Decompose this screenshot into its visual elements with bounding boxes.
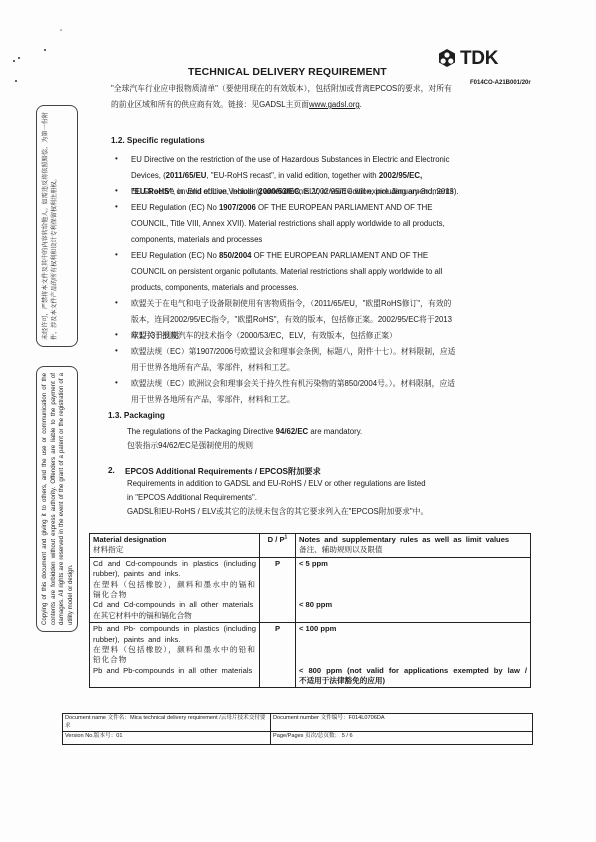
regulation-text: 欧盟关于在电气和电子设备限制使用有害物质指令，（2011/65/EU，"欧盟Ro…	[131, 296, 451, 312]
scan-speck	[60, 29, 62, 31]
tdk-logo: TDK	[436, 48, 498, 68]
intro-text: 的前业区域和所有的供应商有效。链接：见GADSL主页面	[111, 100, 309, 109]
section-number-2: 2.	[108, 466, 115, 475]
regulation-text: 用于世界各地所有产品，零部件，材料和工艺。	[131, 360, 295, 376]
regulation-text: EEU Regulation (EC) No 1907/2006 OF THE …	[131, 200, 432, 216]
document-number: Document number 文件编号：F014L0706DA	[271, 714, 533, 732]
material-desc-en: Pb and Pb- compounds in plastics (includ…	[93, 624, 256, 645]
section-heading-1-3: 1.3. Packaging	[108, 411, 165, 420]
bullet-icon: •	[115, 202, 118, 211]
header-notes-zh: 备注、辅助规则以及限值	[299, 545, 527, 555]
header-material-zh: 材料指定	[93, 545, 256, 555]
material-restrictions-table: Material designation 材料指定 D / P1 Notes a…	[89, 533, 531, 688]
section-2-line-3: GADSL和EU-RoHS / ELV或其它的法规未包含的其它要求列入在"EPC…	[127, 504, 428, 520]
footnote-marker: 1	[285, 534, 288, 540]
material-desc-zh: 在塑料（包括橡胶），颜料和墨水中的铅和铅化合物	[93, 645, 256, 666]
regulation-text: COUNCIL, Title VIII, Annex XVII). Materi…	[131, 216, 445, 232]
regulation-text: 欧盟法规（EC）第1907/2006号欧盟议会和理事会条例，标题八，附件十七）。…	[131, 344, 455, 360]
cell-material: Pb and Pb- compounds in plastics (includ…	[90, 623, 260, 688]
gadsl-link[interactable]: www.gadsl.org	[309, 100, 360, 109]
table-row: Cd and Cd-compounds in plastics (includi…	[90, 557, 531, 622]
side-note-en-box: Copying of this document and giving it t…	[36, 366, 78, 632]
form-code: F014CO-A21B001/20r	[470, 80, 531, 86]
cell-dp: P	[260, 557, 296, 622]
header-dp-text: D / P	[268, 535, 285, 544]
regulation-text: EU Directive on End of Live Vehicle (200…	[131, 184, 453, 200]
scan-speck	[15, 80, 17, 82]
limit-value: < 5 ppm	[299, 559, 527, 569]
header-notes: Notes and supplementary rules as well as…	[296, 534, 531, 558]
limit-value: < 80 ppm	[299, 600, 527, 610]
header-material-en: Material designation	[93, 535, 256, 545]
header-notes-en: Notes and supplementary rules as well as…	[299, 535, 527, 545]
material-desc-zh: 在塑料（包括橡胶），颜料和墨水中的镉和镉化合物	[93, 580, 256, 601]
table-row: Pb and Pb- compounds in plastics (includ…	[90, 623, 531, 688]
bullet-icon: •	[115, 330, 118, 339]
regulation-text: components, materials and processes	[131, 232, 262, 248]
tdk-emblem-icon	[436, 48, 458, 68]
scan-speck	[44, 49, 46, 51]
document-title: TECHNICAL DELIVERY REQUIREMENT	[188, 66, 387, 78]
regulation-text: EU Directive on the restriction of the u…	[131, 152, 450, 168]
header-material: Material designation 材料指定	[90, 534, 260, 558]
packaging-prefix: The regulations of the Packaging Directi…	[127, 427, 276, 436]
packaging-suffix: are mandatory.	[308, 427, 362, 436]
regulation-text: EEU Regulation (EC) No 850/2004 OF THE E…	[131, 248, 428, 264]
cell-limits: < 5 ppm < 80 ppm	[296, 557, 531, 622]
scan-speck	[18, 57, 20, 59]
document-name: Document name 文件名：Mica technical deliver…	[63, 714, 271, 732]
cell-dp: P	[260, 623, 296, 688]
material-desc-zh: 在其它材料中的镉和镉化合物	[93, 611, 256, 621]
regulation-text: 版本，连同2002/95/EC指令，"欧盟RoHS"，有效的版本，包括修正案。2…	[131, 312, 452, 328]
packaging-text-zh: 包装指示94/62/EC是强制使用的规则	[127, 438, 253, 454]
intro-line-1: "全球汽车行业应申报物质清单"（要使用现在的有效版本），包括附加或背离EPCOS…	[111, 81, 452, 97]
bullet-icon: •	[115, 298, 118, 307]
cell-limits: < 100 ppm < 800 ppm (not valid for appli…	[296, 623, 531, 688]
bullet-icon: •	[115, 186, 118, 195]
bullet-icon: •	[115, 154, 118, 163]
limit-value: < 800 ppm (not valid for applications ex…	[299, 666, 527, 687]
regulation-text: 欧盟关于报废汽车的技术指令（2000/53/EC，ELV，有效版本，包括修正案）	[131, 328, 397, 344]
intro-line-2: 的前业区域和所有的供应商有效。链接：见GADSL主页面www.gadsl.org…	[111, 97, 362, 113]
material-desc-en: Cd and Cd-compounds in plastics (includi…	[93, 559, 256, 580]
bullet-icon: •	[115, 250, 118, 259]
page-number: Page/Pages 页次/总页数： 5 / 6	[271, 732, 533, 745]
regulation-text: 欧盟法规（EC）欧洲议会和理事会关于持久性有机污染物的第850/2004号。）。…	[131, 376, 455, 392]
header-dp: D / P1	[260, 534, 296, 558]
side-note-en: Copying of this document and giving it t…	[41, 373, 75, 625]
regulation-text: Devices, (2011/65/EU, "EU-RoHS recast", …	[131, 168, 422, 184]
version-number: Version No.版本号：01	[63, 732, 271, 745]
regulation-text: 用于世界各地所有产品，零部件，材料和工艺。	[131, 392, 295, 408]
side-note-zh: 未经许可，严禁将本文件及其中的内容转给他人。如需违反将依照赔偿，为第一份附件，涉…	[42, 112, 59, 340]
material-desc-en: Cd and Cd-compounds in all other materia…	[93, 600, 256, 610]
limit-value: < 100 ppm	[299, 624, 527, 634]
bullet-icon: •	[115, 346, 118, 355]
cell-material: Cd and Cd-compounds in plastics (includi…	[90, 557, 260, 622]
regulation-text: products, components, materials and proc…	[131, 280, 299, 296]
scan-speck	[13, 60, 15, 62]
material-desc-en: Pb and Pb-compounds in all other materia…	[93, 666, 256, 676]
intro-suffix: .	[360, 100, 362, 109]
document-footer: Document name 文件名：Mica technical deliver…	[62, 713, 533, 745]
section-heading-1-2: 1.2. Specific regulations	[111, 136, 205, 145]
table-header-row: Material designation 材料指定 D / P1 Notes a…	[90, 534, 531, 558]
bullet-icon: •	[115, 378, 118, 387]
packaging-directive: 94/62/EC	[276, 427, 309, 436]
logo-text: TDK	[460, 49, 498, 68]
regulation-text: COUNCIL on persistent organic pollutants…	[131, 264, 442, 280]
side-note-zh-box: 未经许可，严禁将本文件及其中的内容转给他人。如需违反将依照赔偿，为第一份附件，涉…	[36, 105, 78, 347]
